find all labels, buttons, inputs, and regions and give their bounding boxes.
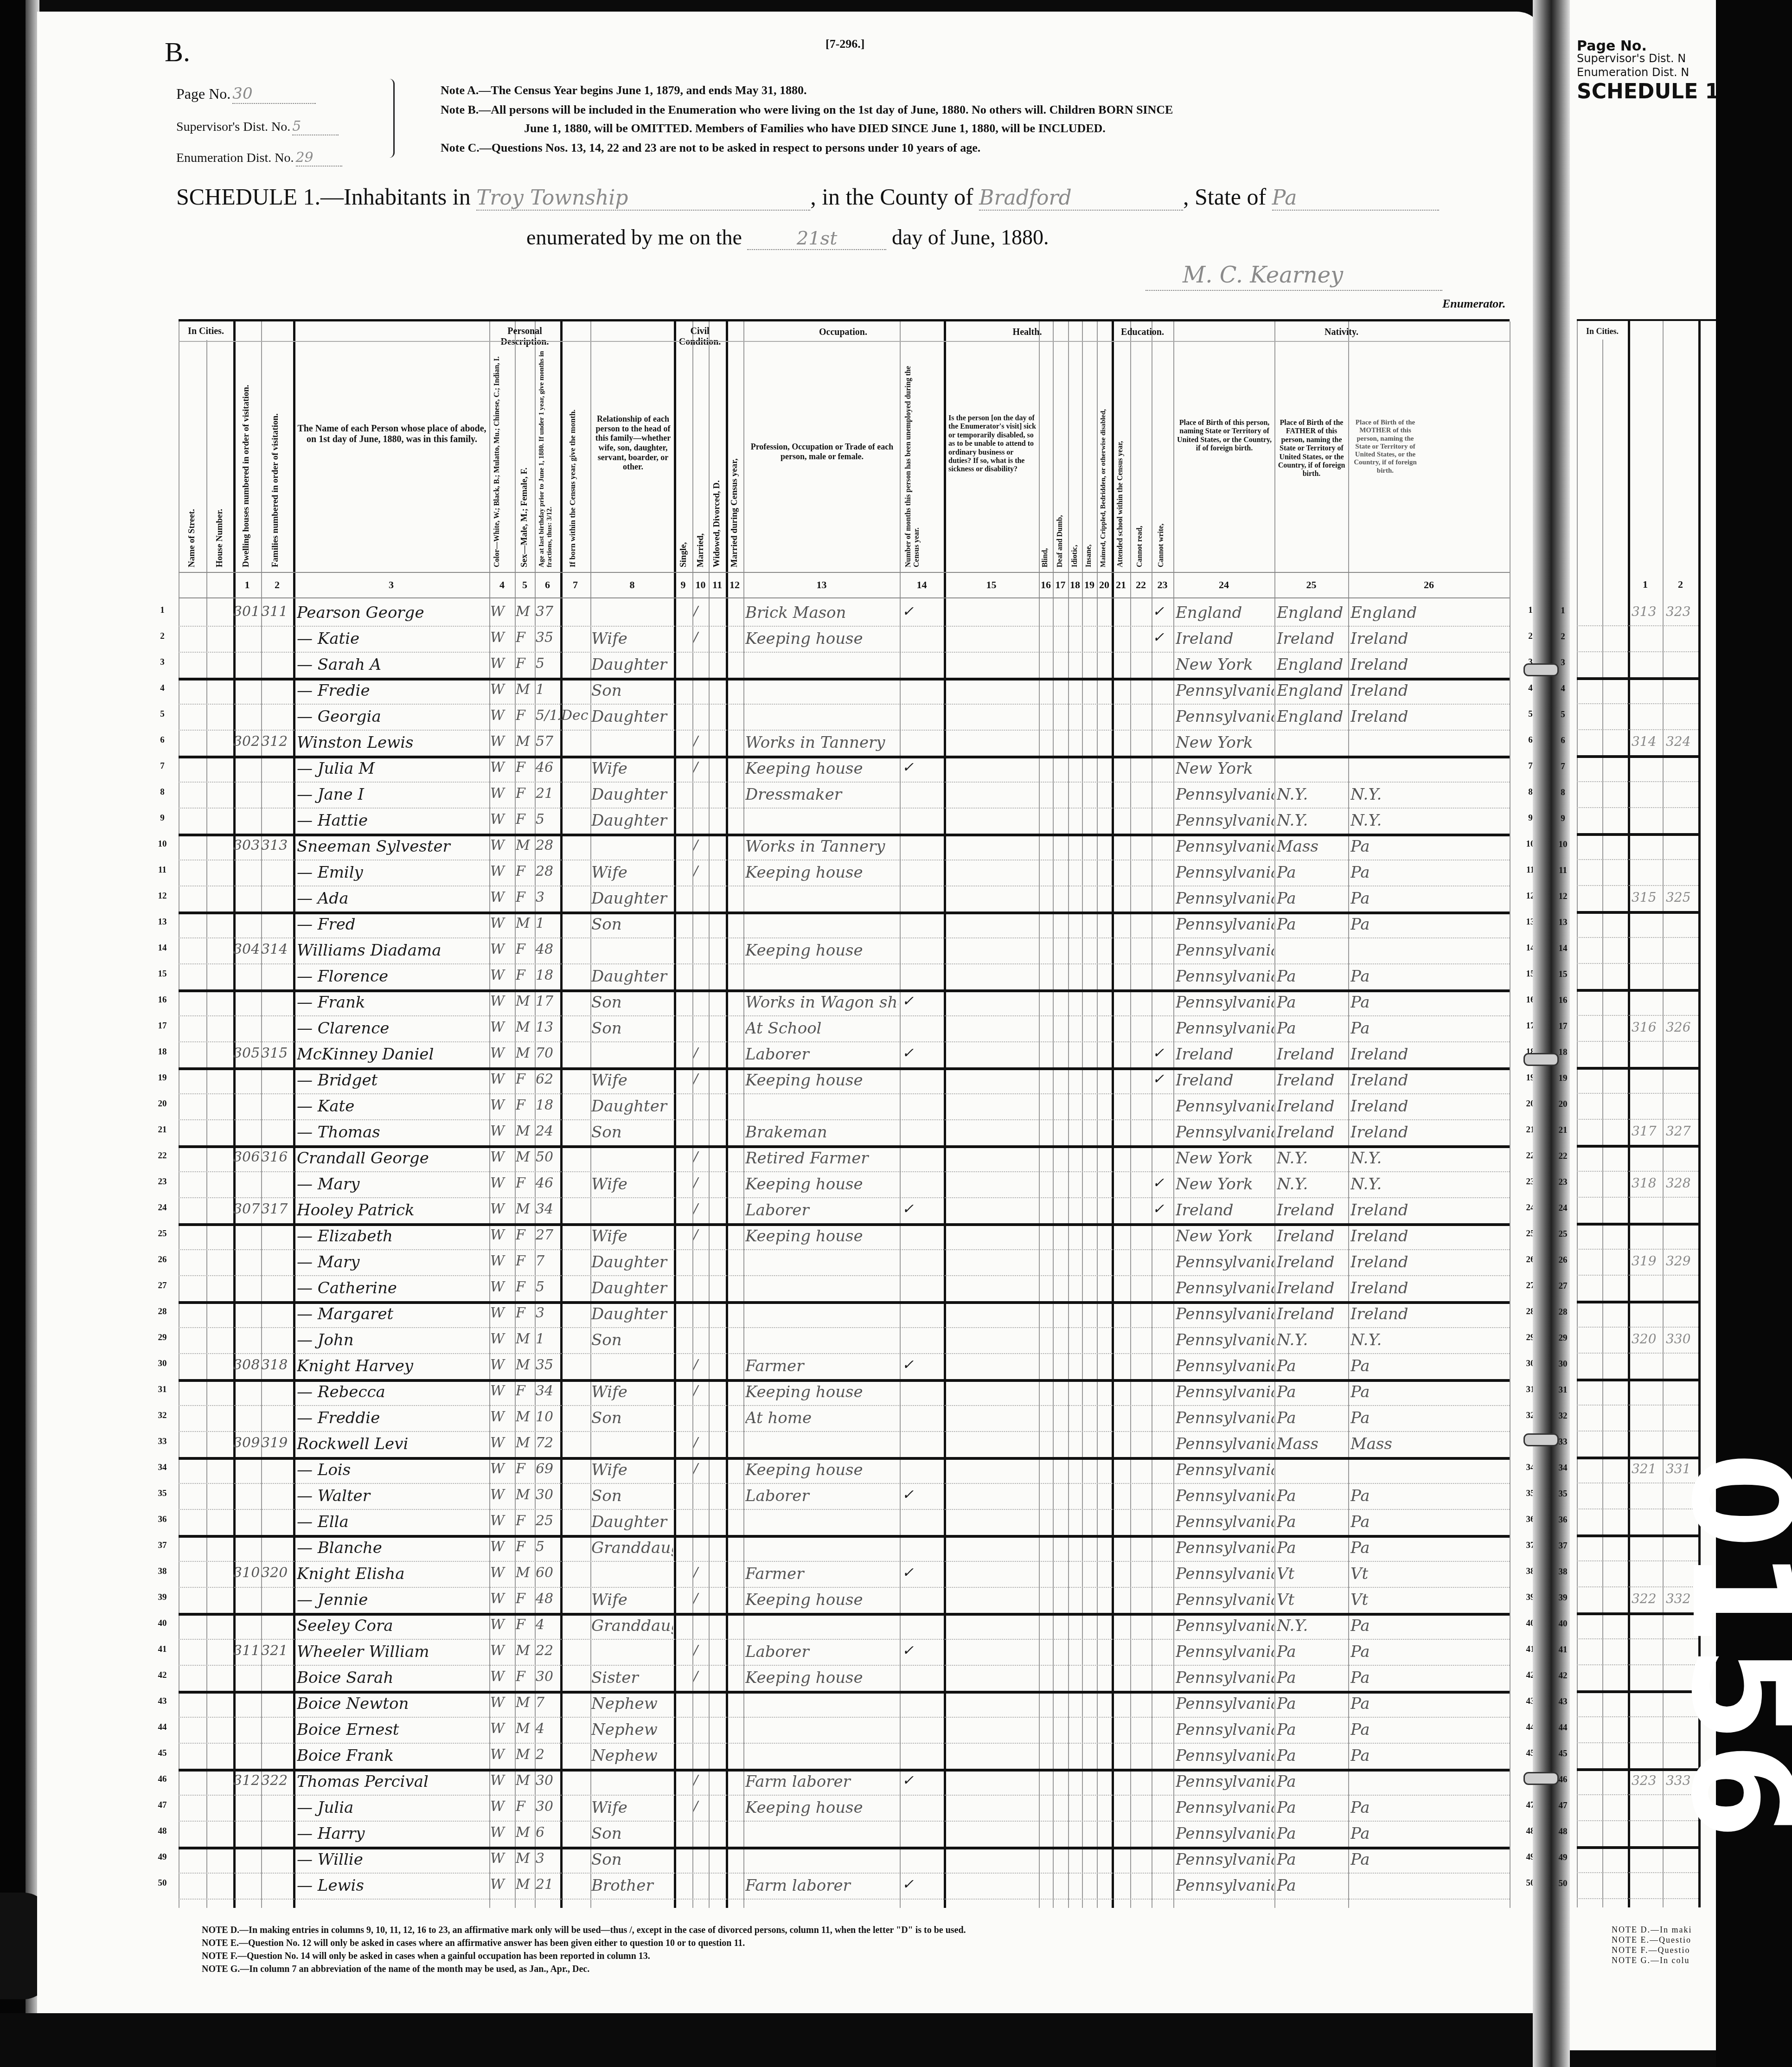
family-divider — [179, 1769, 1510, 1772]
cell-mother: Pa — [1350, 1720, 1420, 1739]
cell-birth: Pennsylvania — [1176, 1695, 1274, 1713]
page-no-value: 30 — [232, 84, 316, 104]
cell-sex: M — [516, 1045, 535, 1061]
cell-birth: Pennsylvania — [1176, 1539, 1274, 1557]
cell-relation: Wife — [591, 1383, 673, 1401]
cell-mother: Pa — [1350, 967, 1420, 986]
cell-sex: M — [516, 1850, 535, 1867]
adjacent-line-number: 28 — [1554, 1307, 1572, 1317]
cell-unemployed: ✓ — [902, 603, 943, 620]
adjacent-line-number: 34 — [1554, 1463, 1572, 1473]
adjacent-row-divider — [1577, 625, 1698, 626]
cell-color: W — [490, 1513, 514, 1529]
cell-age: 18 — [536, 1097, 560, 1113]
cell-relation: Daughter — [591, 1097, 673, 1116]
cell-color: W — [490, 967, 514, 983]
cell-age: 30 — [536, 1669, 560, 1685]
cell-color: W — [490, 629, 514, 646]
cell-relation: Nephew — [591, 1720, 673, 1739]
cell-color: W — [490, 1461, 514, 1477]
cell-family: 321 — [261, 1643, 293, 1659]
adjacent-row-divider — [1577, 1041, 1698, 1042]
header-nativity: Nativity. — [1173, 327, 1510, 338]
cell-mother: N.Y. — [1350, 811, 1420, 830]
adjacent-line-number: 47 — [1554, 1801, 1572, 1811]
header-name-of-street: Name of Street. — [187, 461, 197, 567]
cell-name: — Katie — [297, 629, 488, 648]
cell-age: 34 — [536, 1383, 560, 1399]
adjacent-line-number: 6 — [1554, 736, 1572, 746]
cell-age: 5 — [536, 811, 560, 828]
col-num-22: 22 — [1130, 579, 1152, 591]
cell-birth: Pennsylvania — [1176, 1876, 1274, 1895]
adjacent-line-number: 19 — [1554, 1073, 1572, 1084]
cell-sex: F — [516, 1539, 535, 1555]
cell-sex: F — [516, 811, 535, 828]
cell-name: — Lewis — [297, 1876, 488, 1895]
adjacent-line-number: 30 — [1554, 1359, 1572, 1369]
adjacent-line-number: 50 — [1554, 1879, 1572, 1889]
cell-occupation: Keeping house — [745, 1591, 898, 1609]
adjacent-line-number: 10 — [1554, 840, 1572, 850]
adjacent-line-number: 3 — [1554, 658, 1572, 668]
row-divider — [179, 1275, 1510, 1276]
cell-age: 22 — [536, 1643, 560, 1659]
cell-mother: Pa — [1350, 1409, 1420, 1427]
cell-relation: Son — [591, 1123, 673, 1142]
cell-mother: Pa — [1350, 1695, 1420, 1713]
cell-color: W — [490, 1201, 514, 1217]
cell-father: Mass — [1277, 1435, 1347, 1453]
cell-birth: Pennsylvania — [1176, 1123, 1274, 1142]
row-divider — [179, 1431, 1510, 1432]
row-divider — [179, 963, 1510, 964]
cell-name: — Sarah A — [297, 655, 488, 674]
row-divider — [179, 1899, 1510, 1900]
cell-married: / — [693, 837, 708, 854]
col-num-14: 14 — [900, 579, 944, 591]
adjacent-col-2: 2 — [1663, 578, 1698, 591]
cell-name: — John — [297, 1331, 488, 1349]
note-b: Note B.—All persons will be included in … — [441, 103, 1173, 117]
cell-name: Hooley Patrick — [297, 1201, 488, 1220]
cell-father: Pa — [1277, 993, 1347, 1012]
cell-name: — Fredie — [297, 681, 488, 700]
cell-mother: Ireland — [1350, 1201, 1420, 1220]
line-number: 7 — [153, 761, 172, 771]
cell-sex: M — [516, 1565, 535, 1581]
header-married-during-year: Married during Census year, — [730, 437, 740, 567]
header-maimed: Maimed, Crippled, Bedridden, or otherwis… — [1100, 349, 1107, 567]
cell-age: 28 — [536, 863, 560, 879]
cell-birth: Pennsylvania — [1176, 1824, 1274, 1843]
cell-birth: Pennsylvania — [1176, 1357, 1274, 1375]
film-frame-stamp: 0156 — [1683, 1452, 1792, 1839]
col-num-8: 8 — [590, 579, 674, 591]
cell-occupation: At School — [745, 1019, 898, 1038]
cell-occupation: Keeping house — [745, 759, 898, 778]
form-number: [7-296.] — [826, 37, 864, 51]
cell-birth: Pennsylvania — [1176, 1669, 1274, 1687]
cell-age: 35 — [536, 1357, 560, 1373]
cell-name: Wheeler William — [297, 1643, 488, 1661]
cell-color: W — [490, 1720, 514, 1737]
cell-birth: Pennsylvania — [1176, 941, 1274, 960]
cell-color: W — [490, 1565, 514, 1581]
cell-age: 1 — [536, 915, 560, 931]
cell-birth: Pennsylvania — [1176, 811, 1274, 830]
cell-sex: F — [516, 1798, 535, 1815]
col-num-4: 4 — [489, 579, 515, 591]
cell-mother: Pa — [1350, 1798, 1420, 1817]
cell-relation: Wife — [591, 629, 673, 648]
cell-occupation: Retired Farmer — [745, 1149, 898, 1168]
line-number: 40 — [153, 1618, 172, 1629]
adjacent-line-number: 49 — [1554, 1853, 1572, 1863]
cell-name: Boice Frank — [297, 1746, 488, 1765]
adjacent-row-divider — [1577, 911, 1698, 914]
cell-age: 27 — [536, 1227, 560, 1243]
line-number: 17 — [153, 1021, 172, 1031]
cell-age: 3 — [536, 1850, 560, 1867]
family-divider — [179, 1145, 1510, 1148]
cell-birth: Ireland — [1176, 1045, 1274, 1064]
cell-birth: New York — [1176, 1227, 1274, 1245]
cell-name: — Jane I — [297, 785, 488, 804]
cell-sex: M — [516, 1331, 535, 1347]
cell-birth: Pennsylvania — [1176, 967, 1274, 986]
adjacent-cell-family: 327 — [1666, 1123, 1690, 1139]
cell-married: / — [693, 1175, 708, 1191]
supervisor-field: Supervisor's Dist. No. 5 — [176, 118, 339, 135]
cell-age: 2 — [536, 1746, 560, 1763]
cell-color: W — [490, 1695, 514, 1711]
cell-age: 5 — [536, 1279, 560, 1295]
family-divider — [179, 678, 1510, 680]
col-num-16: 16 — [1039, 579, 1053, 591]
cell-dwelling: 311 — [233, 1643, 261, 1659]
adjacent-line-number: 37 — [1554, 1541, 1572, 1551]
cell-birth: Pennsylvania — [1176, 1019, 1274, 1038]
cell-birth: Pennsylvania — [1176, 1383, 1274, 1401]
row-divider — [179, 1119, 1510, 1120]
cell-name: — Margaret — [297, 1305, 488, 1323]
cell-name: Winston Lewis — [297, 733, 488, 752]
col-num-25: 25 — [1274, 579, 1348, 591]
cell-name: — Julia M — [297, 759, 488, 778]
cell-unemployed: ✓ — [902, 1357, 943, 1373]
adjacent-row-divider — [1577, 989, 1698, 992]
line-number: 50 — [153, 1878, 172, 1888]
cell-mother: Pa — [1350, 1357, 1420, 1375]
cell-family: 315 — [261, 1045, 293, 1061]
line-number: 30 — [153, 1359, 172, 1369]
cell-age: 6 — [536, 1824, 560, 1841]
cell-birth: Pennsylvania — [1176, 1435, 1274, 1453]
cell-sex: F — [516, 889, 535, 905]
cell-father: Pa — [1277, 1539, 1347, 1557]
cell-age: 1 — [536, 1331, 560, 1347]
adjacent-line-number: 7 — [1554, 762, 1572, 772]
col-num-19: 19 — [1082, 579, 1097, 591]
header-cannot-read: Cannot read, — [1136, 498, 1144, 567]
cell-occupation: Keeping house — [745, 941, 898, 960]
cell-unemployed: ✓ — [902, 1565, 943, 1581]
cell-relation: Son — [591, 1331, 673, 1349]
adjacent-row-divider — [1577, 1405, 1698, 1406]
adjacent-row-divider — [1577, 937, 1698, 938]
enumerator-label: Enumerator. — [1442, 297, 1506, 311]
note-f: NOTE F.—Question No. 14 will only be ask… — [202, 1951, 650, 1962]
row-divider — [179, 1353, 1510, 1354]
cell-relation: Wife — [591, 1461, 673, 1479]
cell-color: W — [490, 1019, 514, 1035]
col-num-10: 10 — [692, 579, 709, 591]
cell-age: 57 — [536, 733, 560, 750]
cell-name: Thomas Percival — [297, 1772, 488, 1791]
cell-color: W — [490, 1383, 514, 1399]
adjacent-line-number: 8 — [1554, 788, 1572, 798]
adjacent-cell-family: 324 — [1666, 734, 1690, 749]
cell-relation: Son — [591, 1487, 673, 1505]
cell-father: N.Y. — [1277, 1331, 1347, 1349]
cell-name: Knight Elisha — [297, 1565, 488, 1583]
cell-father: Pa — [1277, 1746, 1347, 1765]
row-divider — [179, 1327, 1510, 1328]
adjacent-row-divider — [1577, 833, 1698, 836]
line-number: 20 — [153, 1099, 172, 1109]
adjacent-row-divider — [1577, 1379, 1698, 1381]
cell-name: — Bridget — [297, 1071, 488, 1090]
cell-color: W — [490, 1305, 514, 1321]
enumerated-day: 21st — [747, 228, 886, 250]
adjacent-note-g: NOTE G.—In colu — [1612, 1956, 1690, 1965]
adjacent-row-divider — [1577, 781, 1698, 782]
cell-father: Ireland — [1277, 1045, 1347, 1064]
row-divider — [179, 1249, 1510, 1250]
cell-occupation: Keeping house — [745, 1227, 898, 1245]
cell-father: England — [1277, 603, 1347, 622]
adjacent-line-number: 43 — [1554, 1697, 1572, 1707]
cell-mother: Pa — [1350, 1746, 1420, 1765]
cell-relation: Son — [591, 993, 673, 1012]
adjacent-cell-dwelling: 318 — [1632, 1175, 1656, 1191]
cell-cannot: ✓ — [1152, 1201, 1173, 1217]
col-num-5: 5 — [515, 579, 535, 591]
cell-age: 17 — [536, 993, 560, 1009]
cell-mother: Pa — [1350, 1539, 1420, 1557]
adjacent-line-number: 14 — [1554, 944, 1572, 954]
cell-birth: Pennsylvania — [1176, 1850, 1274, 1869]
family-divider — [179, 1379, 1510, 1382]
cell-name: — Catherine — [297, 1279, 488, 1297]
line-number: 1 — [153, 605, 172, 616]
col-num-15: 15 — [944, 579, 1039, 591]
adjacent-in-cities: In Cities. — [1577, 327, 1628, 336]
cell-color: W — [490, 1071, 514, 1087]
line-number: 18 — [153, 1047, 172, 1057]
cell-occupation: Keeping house — [745, 1461, 898, 1479]
enumerated-prefix: enumerated by me on the — [526, 225, 742, 249]
family-divider — [179, 756, 1510, 758]
cell-father: N.Y. — [1277, 785, 1347, 804]
cell-mother: Pa — [1350, 889, 1420, 908]
cell-birth: Pennsylvania — [1176, 1409, 1274, 1427]
cell-dwelling: 303 — [233, 837, 261, 854]
family-divider — [179, 1301, 1510, 1304]
col-num-9: 9 — [674, 579, 692, 591]
schedule-title-line: SCHEDULE 1.—Inhabitants in Troy Township… — [176, 183, 1439, 211]
header-relationship: Relationship of each person to the head … — [594, 414, 672, 472]
header-profession: Profession, Occupation or Trade of each … — [747, 442, 897, 461]
cell-name: — Florence — [297, 967, 488, 986]
cell-name: — Kate — [297, 1097, 488, 1116]
adjacent-line-number: 40 — [1554, 1619, 1572, 1629]
cell-sex: F — [516, 1617, 535, 1633]
cell-relation: Son — [591, 1019, 673, 1038]
film-bottom-edge — [0, 2013, 1535, 2067]
adjacent-line-number: 39 — [1554, 1593, 1572, 1603]
cell-age: 21 — [536, 785, 560, 802]
cell-age: 5 — [536, 1539, 560, 1555]
adjacent-line-number: 42 — [1554, 1671, 1572, 1681]
line-number: 12 — [153, 891, 172, 901]
line-number: 49 — [153, 1852, 172, 1862]
inhabitants-in-value: Troy Township — [476, 186, 810, 211]
cell-father: Ireland — [1277, 1123, 1347, 1142]
cell-sex: M — [516, 1357, 535, 1373]
cell-color: W — [490, 1591, 514, 1607]
col-num-1: 1 — [233, 579, 261, 591]
header-single: Single, — [678, 507, 689, 567]
cell-occupation: Dressmaker — [745, 785, 898, 804]
note-g: NOTE G.—In column 7 an abbreviation of t… — [202, 1964, 589, 1975]
adjacent-line-number: 48 — [1554, 1827, 1572, 1837]
cell-dwelling: 307 — [233, 1201, 261, 1217]
line-number: 25 — [153, 1229, 172, 1239]
cell-color: W — [490, 733, 514, 750]
cell-name: Pearson George — [297, 603, 488, 622]
enumeration-field: Enumeration Dist. No. 29 — [176, 149, 342, 167]
cell-name: Seeley Cora — [297, 1617, 488, 1635]
adjacent-cell-dwelling: 319 — [1632, 1253, 1656, 1269]
cell-father: Pa — [1277, 1409, 1347, 1427]
line-number: 24 — [153, 1203, 172, 1213]
cell-sex: F — [516, 1669, 535, 1685]
county-label: , in the County of — [810, 184, 973, 210]
cell-color: W — [490, 1253, 514, 1269]
adjacent-line-number: 44 — [1554, 1723, 1572, 1733]
cell-occupation: Keeping house — [745, 629, 898, 648]
cell-color: W — [490, 1487, 514, 1503]
cell-father: Pa — [1277, 1487, 1347, 1505]
state-label: , State of — [1183, 184, 1266, 210]
cell-birth: Ireland — [1176, 1201, 1274, 1220]
cell-age: 4 — [536, 1720, 560, 1737]
row-divider — [179, 1639, 1510, 1640]
cell-color: W — [490, 1097, 514, 1113]
cell-father: Pa — [1277, 1643, 1347, 1661]
cell-sex: M — [516, 1019, 535, 1035]
cell-name: Boice Newton — [297, 1695, 488, 1713]
cell-color: W — [490, 1746, 514, 1763]
cell-relation: Son — [591, 1824, 673, 1843]
cell-age: 3 — [536, 1305, 560, 1321]
cell-birth: New York — [1176, 759, 1274, 778]
cell-name: — Emily — [297, 863, 488, 882]
cell-relation: Daughter — [591, 785, 673, 804]
cell-mother: N.Y. — [1350, 1175, 1420, 1194]
cell-occupation: Keeping house — [745, 1798, 898, 1817]
cell-father: Ireland — [1277, 1279, 1347, 1297]
cell-name: — Clarence — [297, 1019, 488, 1038]
row-divider — [179, 1821, 1510, 1822]
header-birthplace-person: Place of Birth of this person, naming St… — [1176, 419, 1273, 453]
cell-birth: Ireland — [1176, 1071, 1274, 1090]
family-divider — [179, 1691, 1510, 1694]
row-divider — [179, 704, 1510, 705]
note-b-cont: June 1, 1880, will be OMITTED. Members o… — [524, 122, 1106, 135]
cell-relation: Daughter — [591, 655, 673, 674]
note-e: NOTE E.—Question No. 12 will only be ask… — [202, 1938, 745, 1949]
line-number: 35 — [153, 1489, 172, 1499]
cell-name: — Fred — [297, 915, 488, 934]
cell-relation: Daughter — [591, 1253, 673, 1271]
row-divider — [179, 1041, 1510, 1042]
cell-family: 311 — [261, 603, 293, 620]
cell-father: Ireland — [1277, 629, 1347, 648]
cell-sex: F — [516, 629, 535, 646]
cell-age: 25 — [536, 1513, 560, 1529]
cell-color: W — [490, 1357, 514, 1373]
cell-sex: F — [516, 1227, 535, 1243]
header-house-number: House Number. — [215, 461, 225, 567]
adjacent-line-number: 36 — [1554, 1515, 1572, 1525]
line-number: 38 — [153, 1566, 172, 1577]
cell-birth: England — [1176, 603, 1274, 622]
cell-relation: Wife — [591, 1175, 673, 1194]
cell-color: W — [490, 941, 514, 957]
adjacent-cell-dwelling: 323 — [1632, 1773, 1656, 1788]
enumerator-signature: M. C. Kearney — [1183, 262, 1343, 288]
cell-birth: Pennsylvania — [1176, 915, 1274, 934]
adjacent-row-divider — [1577, 729, 1698, 730]
header-name: The Name of each Person whose place of a… — [297, 424, 487, 445]
cell-name: — Georgia — [297, 707, 488, 726]
cell-name: Crandall George — [297, 1149, 488, 1168]
cell-birth: Pennsylvania — [1176, 1565, 1274, 1583]
cell-mother: Ireland — [1350, 1071, 1420, 1090]
family-divider — [179, 1457, 1510, 1460]
cell-occupation: Keeping house — [745, 1175, 898, 1194]
cell-sex: M — [516, 1409, 535, 1425]
row-divider — [179, 1405, 1510, 1406]
cell-age: 13 — [536, 1019, 560, 1035]
adjacent-line-number: 22 — [1554, 1151, 1572, 1162]
cell-age: 35 — [536, 629, 560, 646]
cell-relation: Nephew — [591, 1746, 673, 1765]
header-dwelling: Dwelling houses numbered in order of vis… — [241, 359, 251, 567]
cell-birth: Pennsylvania — [1176, 1720, 1274, 1739]
adjacent-row-divider — [1577, 1119, 1698, 1120]
cell-name: — Rebecca — [297, 1383, 488, 1401]
cell-dwelling: 310 — [233, 1565, 261, 1581]
cell-mother: Pa — [1350, 1643, 1420, 1661]
line-number: 4 — [153, 683, 172, 693]
cell-family: 318 — [261, 1357, 293, 1373]
signature-line — [1146, 290, 1442, 291]
cell-occupation: Works in Wagon shop — [745, 993, 898, 1012]
